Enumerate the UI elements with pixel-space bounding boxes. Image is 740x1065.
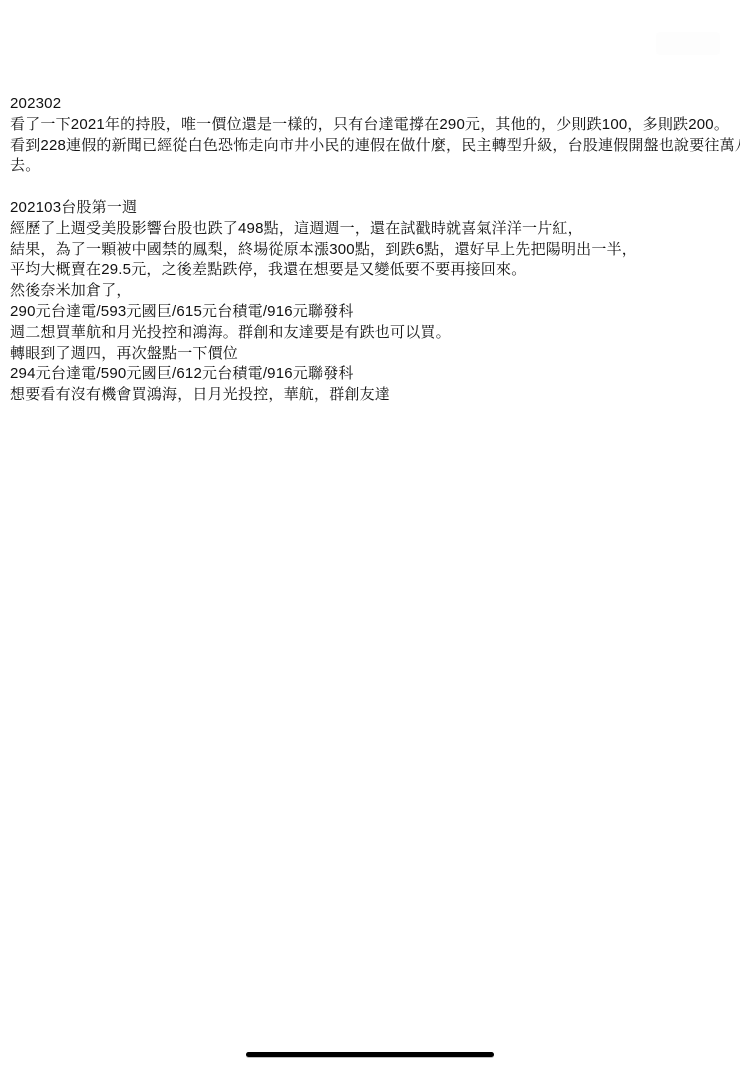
text-line: 294元台達電/590元國巨/612元台積電/916元聯發科 — [10, 364, 734, 385]
text-line: 290元台達電/593元國巨/615元台積電/916元聯發科 — [10, 302, 734, 323]
text-line: 看到228連假的新聞已經從白色恐怖走向市井小民的連假在做什麼，民主轉型升級，台股… — [10, 136, 734, 157]
text-line: 202103台股第一週 — [10, 198, 734, 219]
text-line: 經歷了上週受美股影響台股也跌了498點，這週週一，還在試戳時就喜氣洋洋一片紅， — [10, 219, 734, 240]
text-line: 然後奈米加倉了， — [10, 281, 734, 302]
paragraph-2: 202103台股第一週經歷了上週受美股影響台股也跌了498點，這週週一，還在試戳… — [10, 198, 734, 406]
text-line: 想要看有沒有機會買鴻海，日月光投控，華航，群創友達 — [10, 385, 734, 406]
text-line: 結果，為了一顆被中國禁的鳳梨，終場從原本漲300點，到跌6點，還好早上先把陽明出… — [10, 240, 734, 261]
text-line: 看了一下2021年的持股，唯一價位還是一樣的，只有台達電撐在290元，其他的，少… — [10, 115, 734, 136]
text-line: 轉眼到了週四，再次盤點一下價位 — [10, 344, 734, 365]
text-line: 去。 — [10, 156, 734, 177]
screen: 202302看了一下2021年的持股，唯一價位還是一樣的，只有台達電撐在290元… — [0, 0, 740, 1065]
faded-highlight-box — [656, 32, 720, 55]
paragraph-1: 202302看了一下2021年的持股，唯一價位還是一樣的，只有台達電撐在290元… — [10, 94, 734, 177]
text-line: 平均大概賣在29.5元，之後差點跌停，我還在想要是又變低要不要再接回來。 — [10, 260, 734, 281]
text-line: 202302 — [10, 94, 734, 115]
text-line: 週二想買華航和月光投控和鴻海。群創和友達要是有跌也可以買。 — [10, 323, 734, 344]
home-indicator-bar[interactable] — [246, 1052, 494, 1057]
note-document: 202302看了一下2021年的持股，唯一價位還是一樣的，只有台達電撐在290元… — [10, 94, 734, 406]
